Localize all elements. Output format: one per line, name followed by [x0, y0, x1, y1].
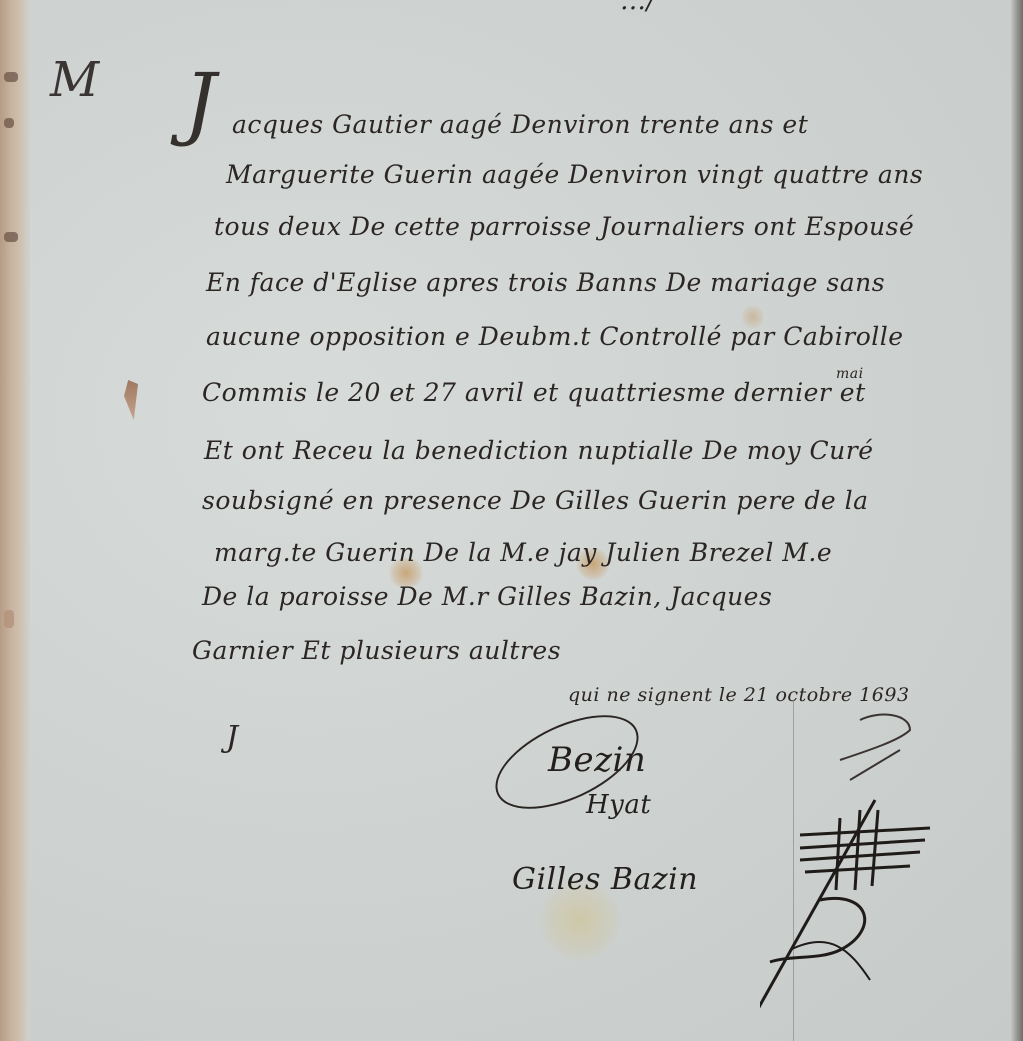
text-line-4: En face d'Eglise apres trois Banns De ma… — [206, 268, 885, 297]
text-line-10: De la paroisse De M.r Gilles Bazin, Jacq… — [202, 582, 772, 611]
text-line-8: soubsigné en presence De Gilles Guerin p… — [202, 486, 869, 515]
text-line-5: aucune opposition e Deubm.t Controllé pa… — [206, 322, 904, 351]
signature-gilles-bazin: Gilles Bazin — [512, 862, 698, 897]
manuscript-page: …/ M J acques Gautier aagé Denviron tren… — [0, 0, 1023, 1041]
binding-notch — [4, 232, 18, 242]
signature-hyat: Hyat — [586, 790, 651, 820]
margin-note: M — [50, 52, 100, 108]
paper-tear — [124, 380, 138, 420]
text-line-3: tous deux De cette parroisse Journaliers… — [214, 212, 914, 241]
margin-j-mark: J — [226, 720, 239, 755]
text-line-1: acques Gautier aagé Denviron trente ans … — [232, 110, 808, 139]
text-line-9: marg.te Guerin De la M.e jay Julien Brez… — [214, 538, 832, 567]
text-line-6: Commis le 20 et 27 avril et quattriesme … — [202, 378, 866, 407]
page-edge-right — [1011, 0, 1023, 1041]
binding-edge — [0, 0, 30, 1041]
top-fragment: …/ — [620, 0, 656, 16]
initial-letter: J — [184, 56, 217, 149]
binding-notch — [4, 118, 14, 128]
binding-notch — [4, 72, 18, 82]
text-line-2: Marguerite Guerin aagée Denviron vingt q… — [226, 160, 923, 189]
binding-notch — [4, 610, 14, 628]
text-line-7: Et ont Receu la benediction nuptialle De… — [204, 436, 874, 465]
text-line-11: Garnier Et plusieurs aultres — [192, 636, 561, 665]
signature-bezin: Bezin — [548, 740, 646, 780]
cross-mark-signature — [760, 700, 940, 1041]
